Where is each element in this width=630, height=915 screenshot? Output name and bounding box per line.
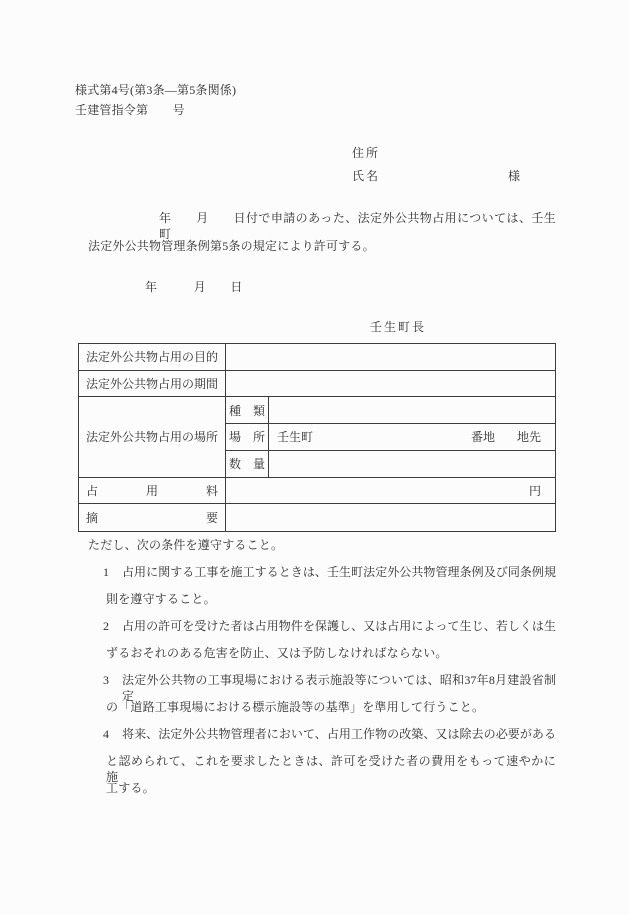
yen-label: 円	[529, 482, 541, 499]
form-number: 様式第4号(第3条―第5条関係)	[75, 82, 236, 98]
fee-label-char-2: 用	[146, 482, 158, 499]
type-value-cell	[269, 397, 555, 424]
quantity-label: 数 量	[229, 455, 265, 472]
name-label: 氏名	[352, 168, 380, 184]
period-label: 法定外公共物占用の期間	[86, 375, 218, 392]
remarks-value-cell	[226, 504, 555, 531]
purpose-value-cell	[226, 344, 555, 371]
place-label-cell: 法定外公共物占用の場所	[79, 397, 226, 477]
period-label-cell: 法定外公共物占用の期間	[79, 371, 226, 398]
condition-4-number: 4	[103, 726, 122, 742]
directive-number: 壬建管指令第 号	[75, 102, 185, 118]
fee-label-char-3: 料	[206, 482, 218, 499]
purpose-label-cell: 法定外公共物占用の目的	[79, 344, 226, 371]
document-page: 様式第4号(第3条―第5条関係) 壬建管指令第 号 住所 氏名 様 年 月 日付…	[0, 0, 630, 915]
condition-1-number: 1	[103, 564, 122, 580]
honorific-label: 様	[508, 168, 520, 184]
purpose-label: 法定外公共物占用の目的	[86, 348, 218, 365]
condition-2-number: 2	[103, 618, 122, 634]
fee-label-cell: 占 用 料	[79, 478, 226, 505]
fee-label-char-1: 占	[86, 482, 98, 499]
permit-table: 法定外公共物占用の目的 法定外公共物占用の期間 法定外公共物占用の場所 種 類 …	[78, 343, 556, 532]
condition-4-text: 将来、法定外公共物管理者において、占用工作物の改築、又は除去の必要がある	[122, 726, 556, 742]
remarks-label-char-2: 要	[206, 509, 218, 526]
location-label: 場 所	[229, 428, 265, 445]
fee-value-cell: 円	[226, 478, 555, 505]
type-label-cell: 種 類	[226, 397, 269, 424]
address-label: 住所	[352, 145, 380, 161]
mayor-title: 壬生町長	[370, 319, 426, 335]
condition-3-line-2: の「道路工事現場における標示施設等の基準」を準用して行うこと。	[106, 699, 484, 715]
quantity-label-cell: 数 量	[226, 451, 269, 478]
frontage-label: 地先	[517, 428, 541, 445]
condition-1-text: 占用に関する工事を施工するときは、壬生町法定外公共物管理条例及び同条例規	[122, 564, 556, 580]
location-value-cell: 壬生町 番地 地先	[269, 424, 555, 451]
remarks-label-char-1: 摘	[86, 509, 98, 526]
condition-4-line-1: 4 将来、法定外公共物管理者において、占用工作物の改築、又は除去の必要がある	[103, 726, 556, 742]
condition-2-line-1: 2 占用の許可を受けた者は占用物件を保護し、又は占用によって生じ、若しくは生	[103, 618, 556, 634]
remarks-label-cell: 摘 要	[79, 504, 226, 531]
period-value-cell	[226, 371, 555, 398]
location-label-cell: 場 所	[226, 424, 269, 451]
condition-4-line-2: と認められて、これを要求したときは、許可を受けた者の費用をもって速やかに施	[106, 753, 556, 785]
place-label: 法定外公共物占用の場所	[86, 428, 218, 445]
town-name: 壬生町	[277, 428, 313, 445]
condition-4-line-3: 工する。	[106, 780, 155, 796]
grant-sentence-line-2: 法定外公共物管理条例第5条の規定により許可する。	[88, 238, 375, 254]
type-label: 種 類	[229, 402, 265, 419]
quantity-value-cell	[269, 451, 555, 478]
conditions-intro: ただし、次の条件を遵守すること。	[88, 537, 283, 553]
issue-date-line: 年 月 日	[145, 279, 243, 295]
lot-number-label: 番地	[471, 428, 495, 445]
condition-1-line-1: 1 占用に関する工事を施工するときは、壬生町法定外公共物管理条例及び同条例規	[103, 564, 556, 580]
condition-2-text: 占用の許可を受けた者は占用物件を保護し、又は占用によって生じ、若しくは生	[122, 618, 556, 634]
condition-2-line-2: ずるおそれのある危害を防止、又は予防しなければならない。	[106, 645, 448, 661]
condition-1-line-2: 則を遵守すること。	[106, 591, 216, 607]
